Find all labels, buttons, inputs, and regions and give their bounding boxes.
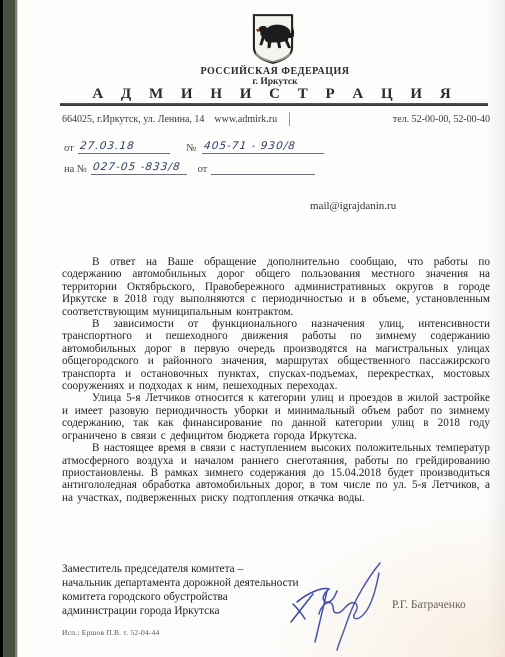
reference-line-incoming: на №027-05 -833/8 от: [64, 161, 315, 175]
header-administration-title: А Д М И Н И С Т Р А Ц И Я: [60, 86, 490, 103]
header-rule: [60, 103, 488, 106]
paragraph-3: Улица 5-я Летчиков относится к категории…: [62, 392, 490, 442]
website: www.admirk.ru: [214, 114, 277, 125]
signer-name: Р.Г. Батраченко: [392, 599, 466, 611]
outgoing-date-value: 27.03.18: [79, 140, 135, 152]
handwritten-signature-icon: [281, 560, 391, 652]
postal-address: 664025, г.Иркутск, ул. Ленина, 14: [62, 114, 204, 125]
incoming-number-value: 027-05 -833/8: [92, 161, 181, 173]
scanned-letter: РОССИЙСКАЯ ФЕДЕРАЦИЯ г. Иркутск А Д М И …: [0, 0, 505, 657]
contact-divider: [289, 112, 290, 126]
incoming-number-label: на №: [64, 164, 87, 175]
outgoing-number-label: №: [186, 143, 196, 154]
contact-row: 664025, г.Иркутск, ул. Ленина, 14 www.ad…: [62, 112, 490, 126]
signer-position-line-1: Заместитель председателя комитета –: [62, 562, 299, 576]
outgoing-date-label: от: [64, 143, 74, 154]
irkutsk-coat-of-arms-icon: [252, 13, 294, 65]
letter-body: В ответ на Ваше обращение дополнительно …: [62, 256, 490, 504]
executor-note: Исп.: Ершов П.В. т. 52-04-44: [62, 628, 159, 637]
signer-position-line-4: администрации города Иркутска: [62, 604, 299, 618]
header-country: РОССИЙСКАЯ ФЕДЕРАЦИЯ: [60, 66, 490, 77]
phone-numbers: тел. 52-00-00, 52-00-40: [393, 114, 490, 125]
reference-line-outgoing: от27.03.18 №405-71 - 930/8: [64, 140, 324, 154]
recipient-email: mail@igrajdanin.ru: [310, 200, 396, 212]
letter-page: РОССИЙСКАЯ ФЕДЕРАЦИЯ г. Иркутск А Д М И …: [0, 0, 505, 657]
incoming-date-label: от: [198, 164, 208, 175]
signer-position-line-3: комитета городского обустройства: [62, 590, 299, 604]
paragraph-2: В зависимости от функционального назначе…: [62, 318, 490, 392]
outgoing-number-value: 405-71 - 930/8: [204, 140, 297, 152]
signer-position-line-2: начальник департамента дорожной деятельн…: [62, 576, 299, 590]
paragraph-4: В настоящее время в связи с наступлением…: [62, 442, 490, 504]
signer-position: Заместитель председателя комитета – нача…: [62, 562, 299, 618]
paragraph-1: В ответ на Ваше обращение дополнительно …: [62, 256, 490, 318]
